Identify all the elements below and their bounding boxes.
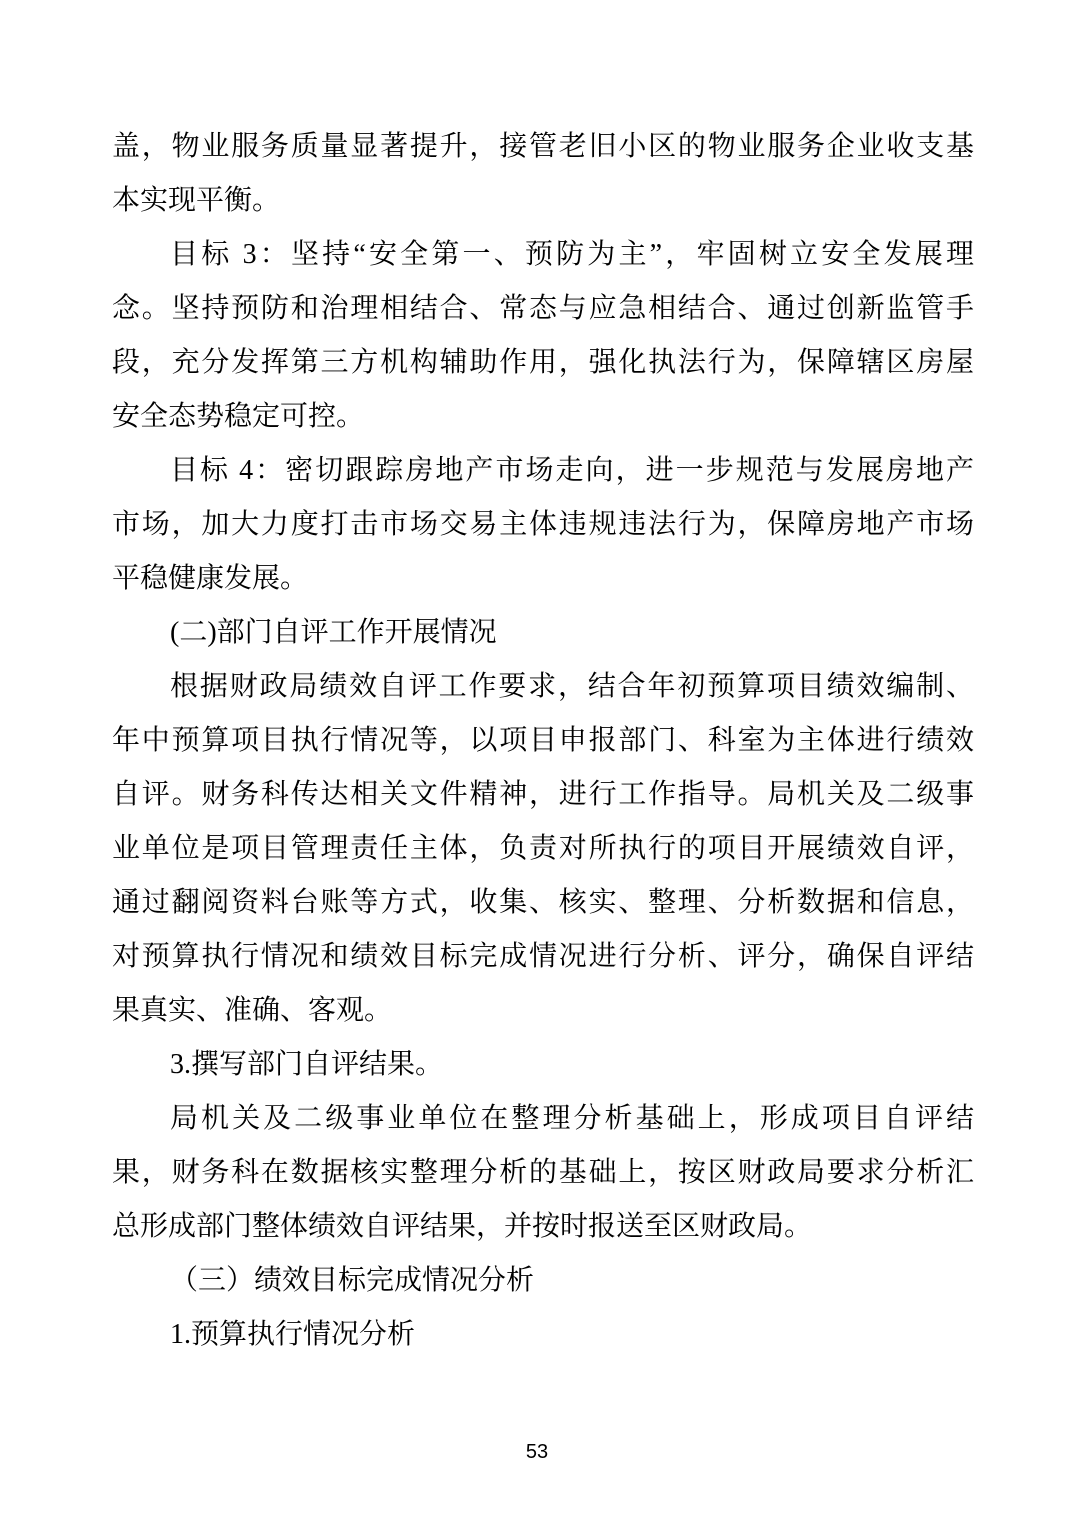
text-line: 目标 3：坚持“安全第一、预防为主”，牢固树立安全发展理	[112, 228, 974, 282]
text-line: 果，财务科在数据核实整理分析的基础上，按区财政局要求分析汇	[112, 1146, 974, 1200]
document-page: 盖，物业服务质量显著提升，接管老旧小区的物业服务企业收支基本实现平衡。目标 3：…	[0, 0, 1074, 1520]
text-line: 段，充分发挥第三方机构辅助作用，强化执法行为，保障辖区房屋	[112, 336, 974, 390]
text-line: 3.撰写部门自评结果。	[112, 1038, 974, 1092]
text-line: 通过翻阅资料台账等方式，收集、核实、整理、分析数据和信息，	[112, 876, 974, 930]
text-line: 根据财政局绩效自评工作要求，结合年初预算项目绩效编制、	[112, 660, 974, 714]
text-line: 目标 4：密切跟踪房地产市场走向，进一步规范与发展房地产	[112, 444, 974, 498]
text-line: 念。坚持预防和治理相结合、常态与应急相结合、通过创新监管手	[112, 282, 974, 336]
text-line: 年中预算项目执行情况等，以项目申报部门、科室为主体进行绩效	[112, 714, 974, 768]
text-line: 平稳健康发展。	[112, 552, 974, 606]
text-line: 安全态势稳定可控。	[112, 390, 974, 444]
text-line: 本实现平衡。	[112, 174, 974, 228]
text-line: 1.预算执行情况分析	[112, 1308, 974, 1362]
text-line: 总形成部门整体绩效自评结果，并按时报送至区财政局。	[112, 1200, 974, 1254]
text-line: (二)部门自评工作开展情况	[112, 606, 974, 660]
text-line: 盖，物业服务质量显著提升，接管老旧小区的物业服务企业收支基	[112, 120, 974, 174]
page-number: 53	[0, 1438, 1074, 1466]
text-line: 局机关及二级事业单位在整理分析基础上，形成项目自评结	[112, 1092, 974, 1146]
text-line: 果真实、准确、客观。	[112, 984, 974, 1038]
text-line: （三）绩效目标完成情况分析	[112, 1254, 974, 1308]
text-line: 市场，加大力度打击市场交易主体违规违法行为，保障房地产市场	[112, 498, 974, 552]
text-line: 自评。财务科传达相关文件精神，进行工作指导。局机关及二级事	[112, 768, 974, 822]
text-line: 对预算执行情况和绩效目标完成情况进行分析、评分，确保自评结	[112, 930, 974, 984]
text-line: 业单位是项目管理责任主体，负责对所执行的项目开展绩效自评，	[112, 822, 974, 876]
document-body: 盖，物业服务质量显著提升，接管老旧小区的物业服务企业收支基本实现平衡。目标 3：…	[112, 120, 974, 1362]
